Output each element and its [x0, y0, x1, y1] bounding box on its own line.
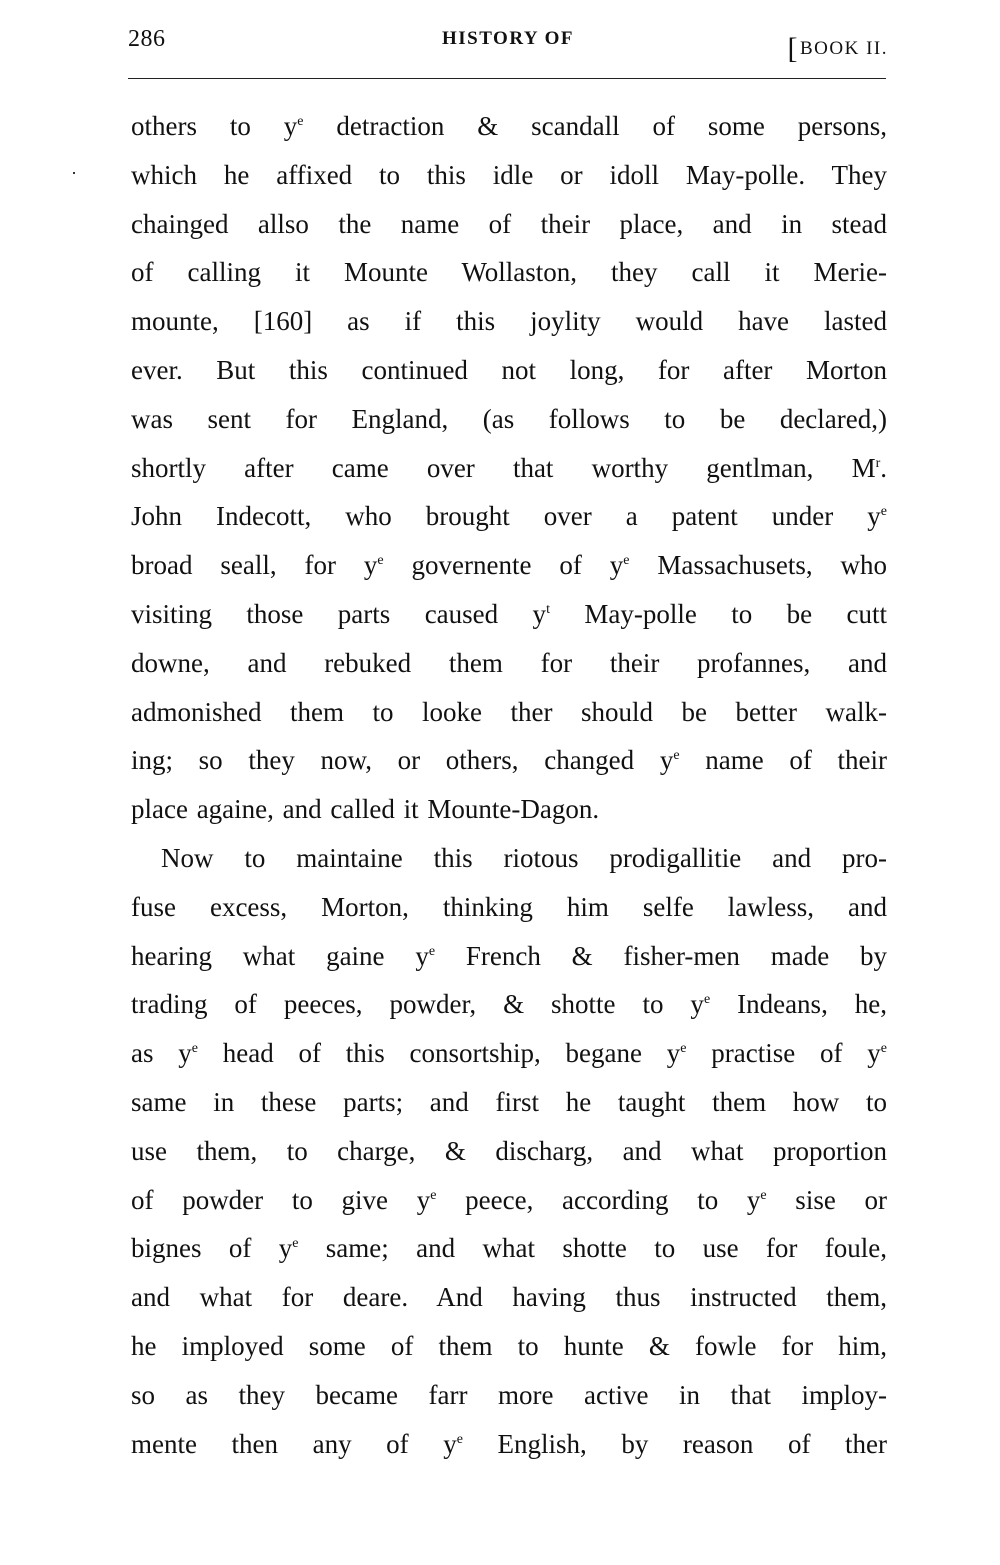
- text-segment: as y: [131, 1038, 192, 1068]
- text-line: bignes of ye same; and what shotte to us…: [131, 1224, 887, 1273]
- text-segment: admonished them to looke ther should be …: [131, 697, 887, 727]
- superscript-abbreviation: e: [881, 504, 887, 519]
- text-segment: hearing what gaine y: [131, 941, 429, 971]
- text-line: as ye head of this consortship, begane y…: [131, 1029, 887, 1078]
- text-line: John Indecott, who brought over a patent…: [131, 492, 887, 541]
- text-line: use them, to charge, & discharg, and wha…: [131, 1127, 887, 1176]
- text-line: chainged allso the name of their place, …: [131, 200, 887, 249]
- text-segment: and what for deare. And having thus inst…: [131, 1282, 887, 1312]
- text-segment: chainged allso the name of their place, …: [131, 209, 887, 239]
- text-segment: French & fisher-men made by: [435, 941, 887, 971]
- text-line: shortly after came over that worthy gent…: [131, 444, 887, 493]
- text-segment: mente then any of y: [131, 1429, 457, 1459]
- text-segment: so as they became farr more active in th…: [131, 1380, 887, 1410]
- text-segment: shortly after came over that worthy gent…: [131, 453, 876, 483]
- text-segment: broad seall, for y: [131, 550, 377, 580]
- text-line: Now to maintaine this riotous prodigalli…: [131, 834, 887, 883]
- text-line: was sent for England, (as follows to be …: [131, 395, 887, 444]
- text-segment: May-polle to be cutt: [550, 599, 887, 629]
- text-segment: head of this consortship, begane y: [198, 1038, 680, 1068]
- book-label: [BOOK II.: [788, 28, 889, 62]
- running-title: HISTORY OF: [128, 28, 888, 50]
- text-line: others to ye detraction & scandall of so…: [131, 102, 887, 151]
- text-line: mounte, [160] as if this joylity would h…: [131, 297, 887, 346]
- text-segment: of calling it Mounte Wollaston, they cal…: [131, 257, 887, 287]
- text-segment: same; and what shotte to use for foule,: [298, 1233, 887, 1263]
- text-segment: visiting those parts caused y: [131, 599, 546, 629]
- text-segment: Massachusets, who: [629, 550, 887, 580]
- text-segment: mounte, [160] as if this joylity would h…: [131, 306, 887, 336]
- text-segment: which he affixed to this idle or idoll M…: [131, 160, 887, 190]
- text-line: visiting those parts caused yt May-polle…: [131, 590, 887, 639]
- text-segment: trading of peeces, powder, & shotte to y: [131, 989, 704, 1019]
- text-segment: place againe, and called it Mounte-Dagon…: [131, 794, 599, 824]
- text-line: broad seall, for ye governente of ye Mas…: [131, 541, 887, 590]
- body-text: others to ye detraction & scandall of so…: [131, 102, 887, 1468]
- text-line: place againe, and called it Mounte-Dagon…: [131, 785, 887, 834]
- text-segment: ever. But this continued not long, for a…: [131, 355, 887, 385]
- text-segment: of powder to give y: [131, 1185, 430, 1215]
- book-label-text: BOOK II.: [800, 38, 888, 59]
- text-segment: bignes of y: [131, 1233, 292, 1263]
- text-line: mente then any of ye English, by reason …: [131, 1420, 887, 1469]
- text-line: so as they became farr more active in th…: [131, 1371, 887, 1420]
- text-segment: he imployed some of them to hunte & fowl…: [131, 1331, 887, 1361]
- text-line: of calling it Mounte Wollaston, they cal…: [131, 248, 887, 297]
- text-segment: Indeans, he,: [710, 989, 887, 1019]
- header-rule: [128, 78, 886, 79]
- text-segment: ing; so they now, or others, changed y: [131, 745, 673, 775]
- text-segment: sise or: [767, 1185, 887, 1215]
- text-line: fuse excess, Morton, thinking him selfe …: [131, 883, 887, 932]
- margin-speck: [73, 172, 75, 174]
- running-head: 286 HISTORY OF [BOOK II.: [128, 26, 888, 60]
- text-line: and what for deare. And having thus inst…: [131, 1273, 887, 1322]
- superscript-abbreviation: e: [881, 1041, 887, 1056]
- text-segment: peece, according to y: [436, 1185, 760, 1215]
- text-segment: English, by reason of ther: [463, 1429, 887, 1459]
- text-line: ing; so they now, or others, changed ye …: [131, 736, 887, 785]
- text-line: of powder to give ye peece, according to…: [131, 1176, 887, 1225]
- text-line: admonished them to looke ther should be …: [131, 688, 887, 737]
- text-segment: name of their: [680, 745, 887, 775]
- text-segment: others to y: [131, 111, 297, 141]
- text-segment: was sent for England, (as follows to be …: [131, 404, 887, 434]
- text-line: which he affixed to this idle or idoll M…: [131, 151, 887, 200]
- book-page: 286 HISTORY OF [BOOK II. others to ye de…: [0, 0, 1000, 1565]
- text-line: trading of peeces, powder, & shotte to y…: [131, 980, 887, 1029]
- text-segment: use them, to charge, & discharg, and wha…: [131, 1136, 887, 1166]
- text-line: same in these parts; and first he taught…: [131, 1078, 887, 1127]
- text-segment: fuse excess, Morton, thinking him selfe …: [131, 892, 887, 922]
- text-line: hearing what gaine ye French & fisher-me…: [131, 932, 887, 981]
- text-segment: detraction & scandall of some persons,: [304, 111, 888, 141]
- text-segment: John Indecott, who brought over a patent…: [131, 501, 881, 531]
- text-line: he imployed some of them to hunte & fowl…: [131, 1322, 887, 1371]
- text-line: downe, and rebuked them for their profan…: [131, 639, 887, 688]
- text-segment: governente of y: [384, 550, 624, 580]
- text-line: ever. But this continued not long, for a…: [131, 346, 887, 395]
- text-segment: Now to maintaine this riotous prodigalli…: [161, 843, 887, 873]
- book-bracket: [: [788, 32, 800, 65]
- text-segment: downe, and rebuked them for their profan…: [131, 648, 887, 678]
- text-segment: practise of y: [687, 1038, 881, 1068]
- text-segment: .: [880, 453, 887, 483]
- text-segment: same in these parts; and first he taught…: [131, 1087, 887, 1117]
